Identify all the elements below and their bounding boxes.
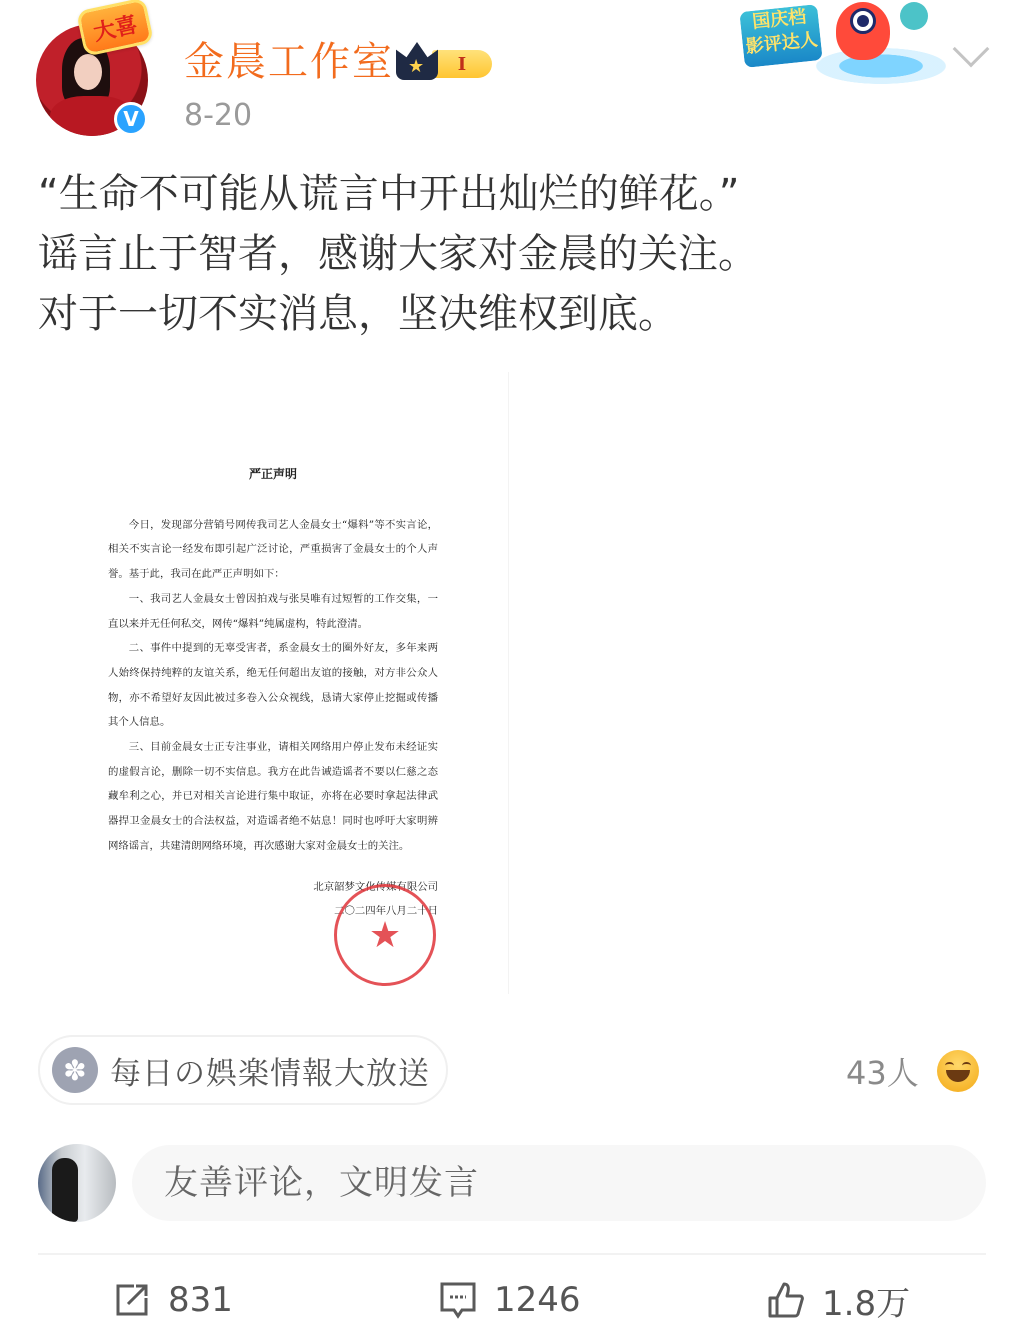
flower-icon: ✽ [52, 1047, 98, 1093]
post-line: 对于一切不实消息，坚决维权到底。 [38, 284, 988, 344]
like-button[interactable]: 1.8万 [766, 1274, 910, 1326]
comment-input[interactable] [132, 1145, 986, 1221]
statement-paragraph: 二、事件中提到的无辜受害者，系金晨女士的圈外好友，多年来两人始终保持纯粹的友谊关… [108, 636, 438, 735]
topic-label: 每日の娯楽情報大放送 [110, 1048, 430, 1093]
divider [38, 1253, 986, 1255]
reactions-summary[interactable]: 43人 [846, 1046, 979, 1096]
like-count: 1.8万 [822, 1276, 910, 1325]
share-count: 831 [168, 1280, 233, 1320]
post-line: “生命不可能从谎言中开出灿烂的鲜花。” [38, 164, 988, 224]
post-body: “生命不可能从谎言中开出灿烂的鲜花。” 谣言止于智者，感谢大家对金晨的关注。 对… [38, 164, 988, 344]
post-date: 8-20 [184, 98, 252, 133]
topic-chip[interactable]: ✽ 每日の娯楽情報大放送 [38, 1035, 448, 1105]
post-line: 谣言止于智者，感谢大家对金晨的关注。 [38, 224, 988, 284]
statement-paragraph: 今日，发现部分营销号网传我司艺人金晨女士“爆料”等不实言论，相关不实言论一经发布… [108, 513, 438, 587]
statement-paragraph: 三、目前金晨女士正专注事业，请相关网络用户停止发布未经证实的虚假言论，删除一切不… [108, 735, 438, 859]
event-badge[interactable]: 国庆档 影评达人 [732, 0, 952, 96]
statement-document: 严正声明 今日，发现部分营销号网传我司艺人金晨女士“爆料”等不实言论，相关不实言… [108, 462, 438, 924]
comment-button[interactable]: 1246 [438, 1274, 581, 1326]
current-user-avatar[interactable] [38, 1144, 116, 1222]
verified-icon: V [114, 102, 148, 136]
event-badge-label: 国庆档 影评达人 [737, 2, 825, 70]
mascot-pupil [857, 15, 869, 27]
share-button[interactable]: 831 [112, 1274, 233, 1326]
comment-icon [438, 1280, 478, 1320]
thumbs-up-icon [766, 1280, 806, 1320]
reaction-count: 43人 [846, 1048, 919, 1094]
statement-paragraph: 一、我司艺人金晨女士曾因拍戏与张昊唯有过短暂的工作交集，一直以来并无任何私交，网… [108, 587, 438, 636]
membership-level: I [432, 50, 492, 78]
comment-count: 1246 [494, 1280, 581, 1320]
company-seal-icon: ★ [334, 884, 436, 986]
statement-title: 严正声明 [108, 462, 438, 487]
membership-badge[interactable]: I ★ [396, 42, 496, 82]
star-icon: ★ [408, 56, 424, 77]
share-icon [112, 1280, 152, 1320]
chevron-down-icon[interactable] [953, 31, 990, 68]
laughing-emoji-icon [937, 1050, 979, 1092]
planet-decoration [900, 2, 928, 30]
attached-image[interactable]: 严正声明 今日，发现部分营销号网传我司艺人金晨女士“爆料”等不实言论，相关不实言… [38, 372, 509, 994]
author-name[interactable]: 金晨工作室 [184, 38, 394, 86]
